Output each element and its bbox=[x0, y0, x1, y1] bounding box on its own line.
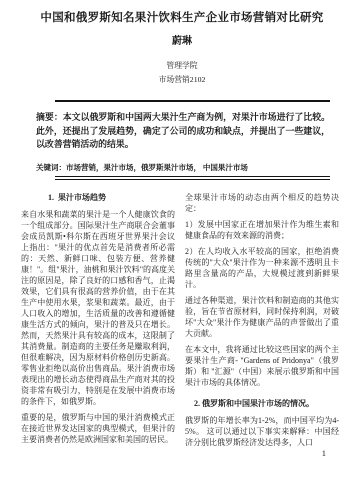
affiliation: 管理学院 bbox=[0, 60, 364, 71]
author-name: 蔚琳 bbox=[0, 32, 364, 47]
paragraph: 俄罗斯的年增长率为1-2%，而中国平均为4-5%。 这可以通过以下事实来解释：中… bbox=[185, 415, 339, 448]
page-title: 中国和俄罗斯知名果汁饮料生产企业市场营销对比研究 bbox=[28, 10, 336, 27]
abstract-text: 摘要：本文以俄罗斯和中国两大果汁生产商为例，对果汁市场进行了比较。 此外，还提出… bbox=[36, 111, 330, 152]
keywords-text: 关键词：市场营销，果汁市场，俄罗斯果汁市场， 中国果汁市场 bbox=[36, 162, 330, 173]
paragraph: 全球果汁市场的动态由两个相反的趋势决定： bbox=[185, 192, 339, 214]
paragraph: 1）发展中国家正在增加果汁作为维生素和健康食品的有效来源的消费； bbox=[185, 219, 339, 241]
paragraph: 在本文中，我将通过比较这些国家的两个主要果汁生产商- "Gardens of P… bbox=[185, 344, 339, 388]
page-number: 1 bbox=[322, 448, 326, 458]
left-column: 1. 果汁市场趋势 来自水果和蔬菜的果汁是一个人健康饮食的一个组成部分。国际果汁… bbox=[21, 192, 175, 453]
body-columns: 1. 果汁市场趋势 来自水果和蔬菜的果汁是一个人健康饮食的一个组成部分。国际果汁… bbox=[21, 192, 339, 453]
course-id: 市场营销2102 bbox=[0, 74, 364, 85]
paragraph: 2）在人均收入水平较高的国家，拒绝消费传统的"大众"果汁作为一种来源不透明且卡路… bbox=[185, 246, 339, 290]
paragraph: 通过各种渠道，果汁饮料和制造商的其他实验，旨在节省原材料，同时保持利润，对破坏"… bbox=[185, 295, 339, 339]
right-column: 全球果汁市场的动态由两个相反的趋势决定： 1）发展中国家正在增加果汁作为维生素和… bbox=[185, 192, 339, 453]
paragraph: 来自水果和蔬菜的果汁是一个人健康饮食的一个组成部分。国际果汁生产商联合会董事会成… bbox=[21, 209, 175, 407]
section-2-heading: 2. 俄罗斯和中国果汁市场的情况。 bbox=[185, 398, 339, 409]
divider-top bbox=[55, 100, 330, 102]
section-1-heading: 1. 果汁市场趋势 bbox=[21, 192, 175, 203]
document-page: 中国和俄罗斯知名果汁饮料生产企业市场营销对比研究 蔚琳 管理学院 市场营销210… bbox=[0, 0, 364, 480]
divider-bottom bbox=[55, 176, 330, 180]
paragraph: 重要的是，俄罗斯与中国的果汁消费模式正在接近世界发达国家的典型模式，但果汁的主要… bbox=[21, 412, 175, 445]
